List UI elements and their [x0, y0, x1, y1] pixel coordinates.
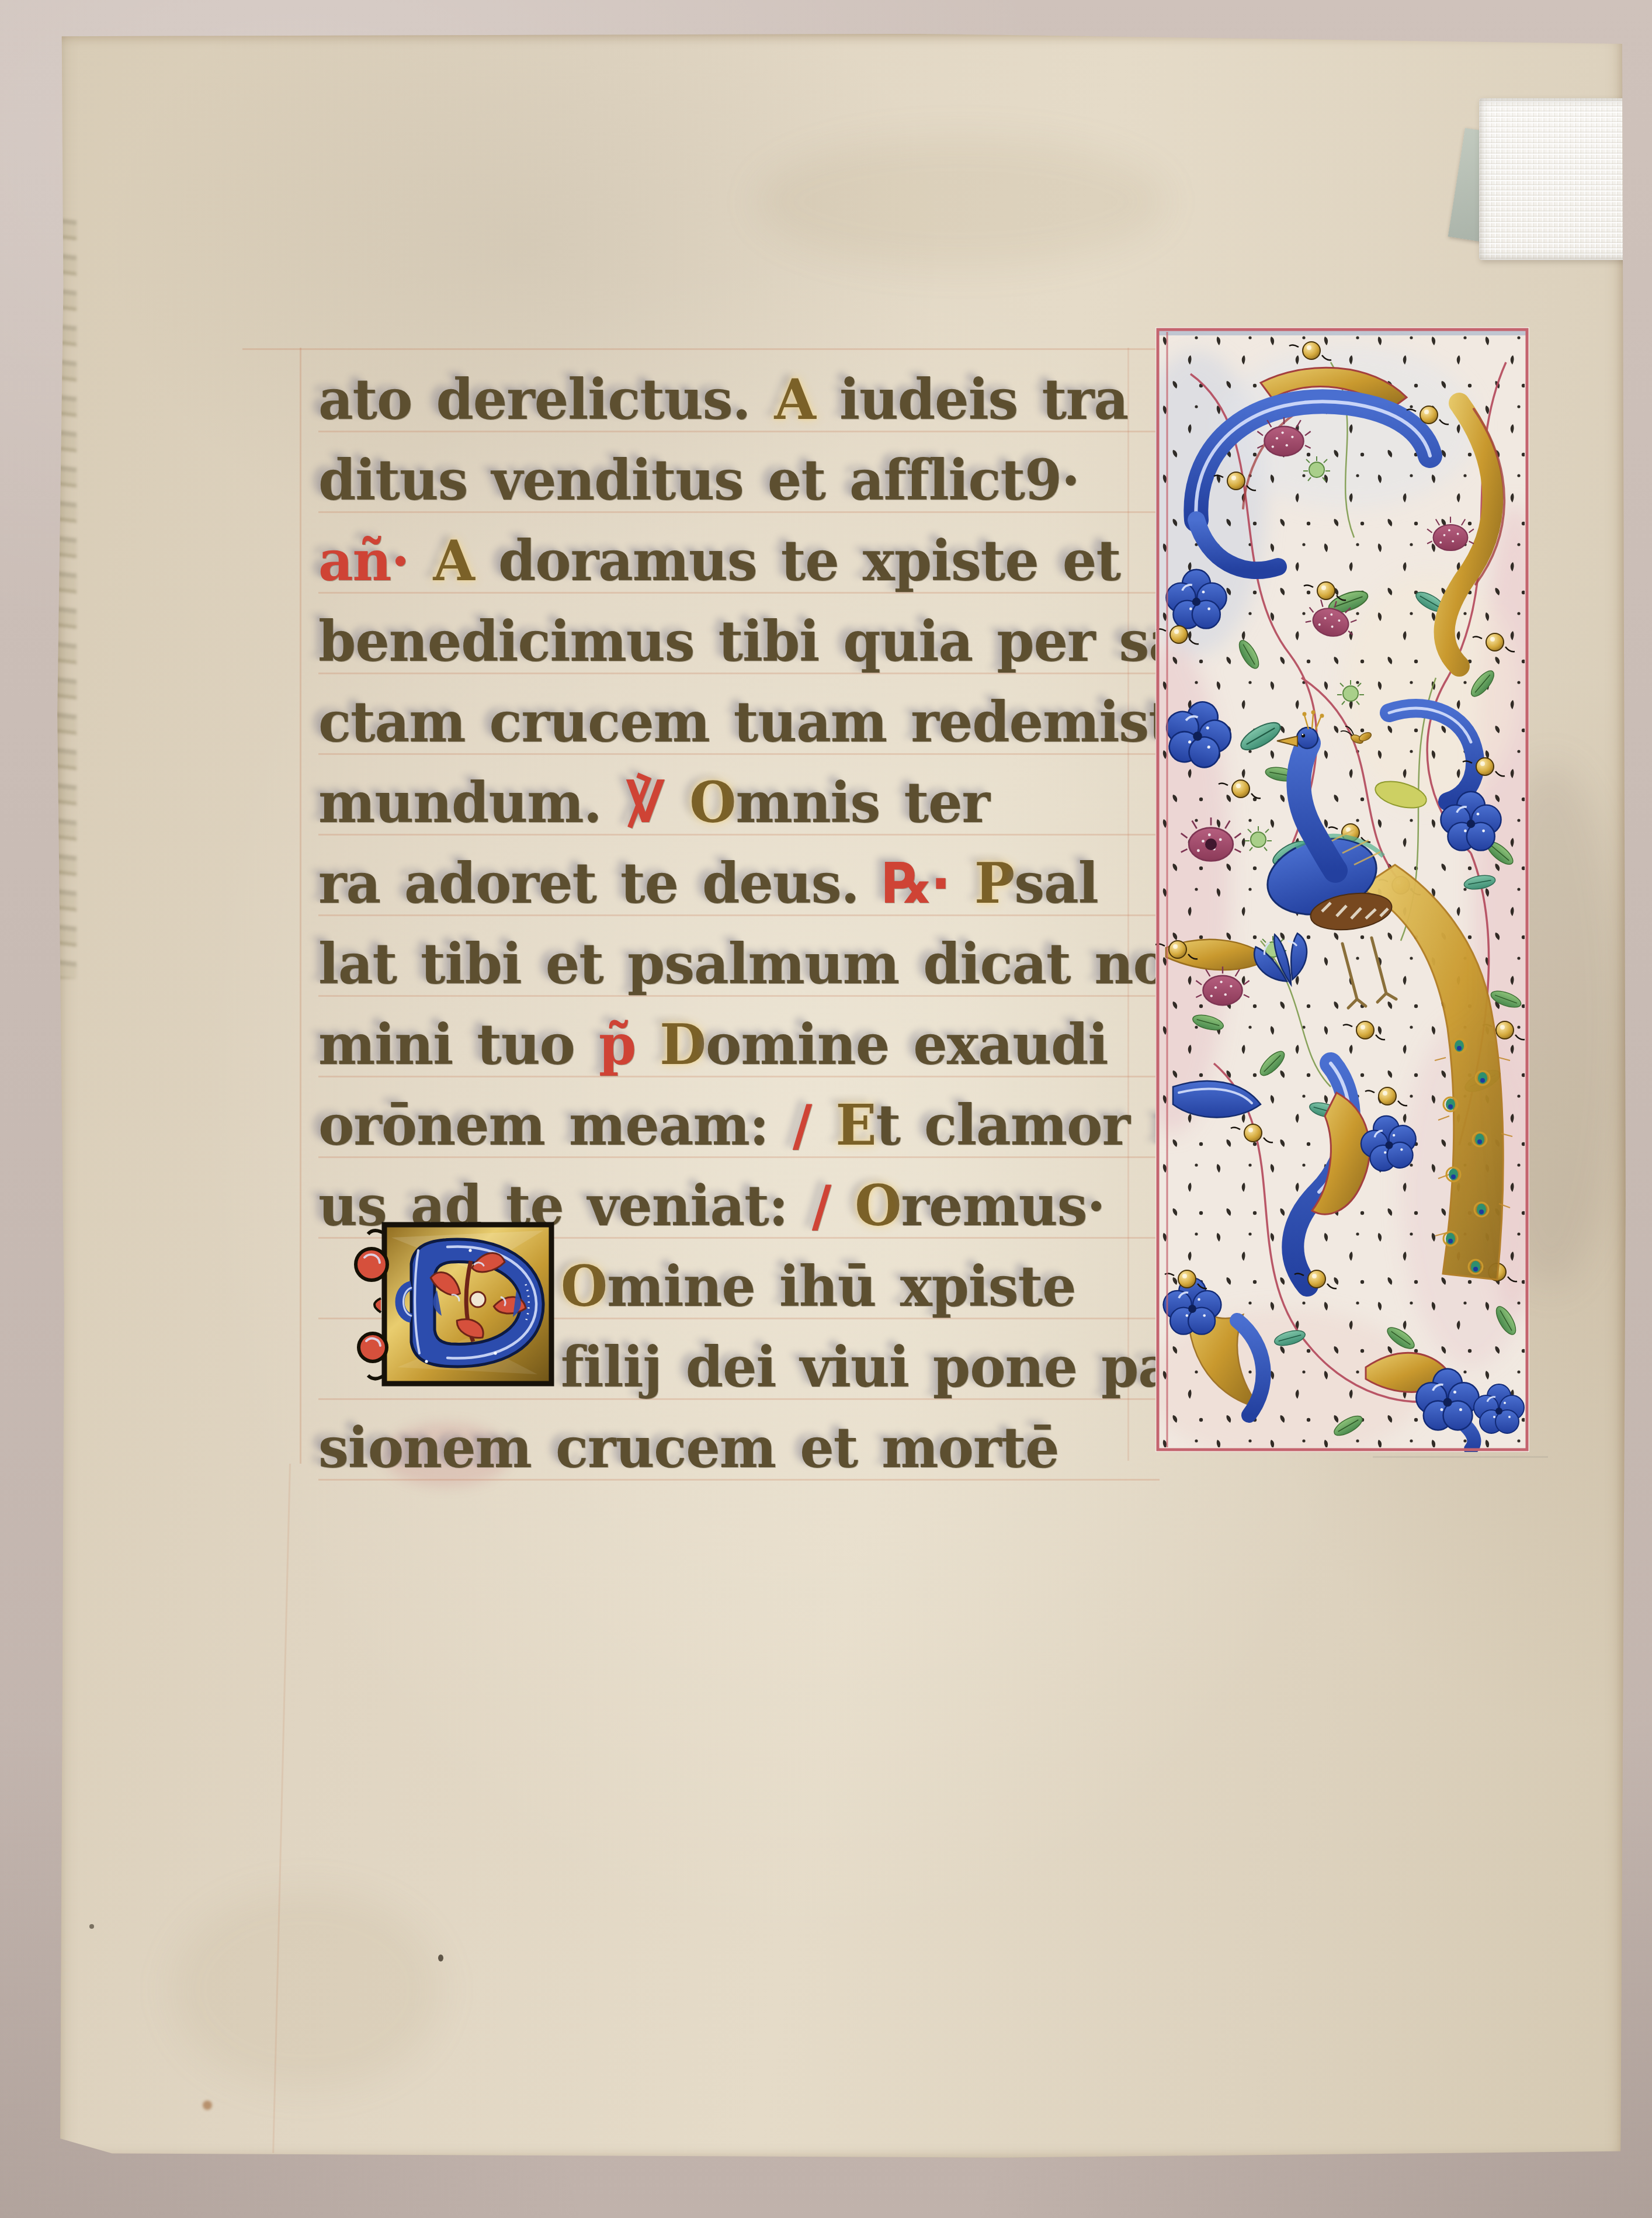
text-segment-gilt: O — [689, 770, 735, 835]
red-leaf-ornament — [374, 1298, 381, 1312]
pencil-line — [1373, 1456, 1548, 1458]
photograph-backdrop: ato derelictus. A iudeis traditus vendit… — [0, 0, 1652, 2218]
stain — [756, 137, 1165, 266]
text-segment-gilt: E — [835, 1092, 876, 1157]
text-line: ato derelictus. A iudeis tra — [318, 359, 1160, 443]
text-segment-ink: doramus te xpiste et — [474, 528, 1120, 593]
white-dot — [468, 1249, 471, 1252]
text-segment-gilt: P — [974, 850, 1014, 916]
edge-grime — [48, 207, 77, 979]
white-dot — [494, 1351, 497, 1354]
illuminated-border-panel — [1155, 327, 1529, 1452]
text-line: mini tuo p̃ Domine exaudi — [318, 1004, 1160, 1089]
text-segment-ink: ra adoret te deus. — [318, 850, 883, 916]
ruling-line — [242, 348, 1160, 350]
text-segment-gilt: D — [660, 1011, 706, 1077]
text-segment-ink: mundum. — [318, 770, 626, 835]
text-line: orōnem meam: / Et clamor me — [318, 1085, 1160, 1169]
text-segment-red: p̃ — [599, 1011, 660, 1077]
white-dot — [425, 1360, 428, 1363]
text-segment-gilt: A — [433, 528, 474, 593]
foliage-knot — [470, 1292, 485, 1307]
text-segment-ink: mnis ter — [735, 770, 990, 835]
text-line: ctam crucem tuam redemisti — [318, 682, 1160, 766]
illuminated-initial-D: D — [350, 1221, 555, 1388]
text-segment-ink: ditus venditus et afflict9· — [318, 447, 1080, 512]
text-segment-ink: remus· — [901, 1173, 1105, 1238]
text-segment-ink: ato derelictus. — [318, 366, 775, 432]
text-segment-ink: omine exaudi — [706, 1011, 1108, 1077]
text-line: lat tibi et psalmum dicat no — [318, 924, 1160, 1008]
text-segment-sym: ℞· — [883, 851, 974, 916]
text-line: ra adoret te deus. ℞· Psal — [318, 843, 1160, 927]
fabric-tape — [1479, 98, 1630, 260]
text-segment-gilt: O — [561, 1253, 607, 1319]
text-segment-ink: iudeis tra — [815, 366, 1128, 432]
ink-speck — [438, 1954, 443, 1961]
text-segment-red: añ· — [318, 528, 433, 593]
ink-speck — [89, 1924, 94, 1929]
text-line: añ· A doramus te xpiste et — [318, 521, 1160, 605]
binding-stub — [8, 146, 47, 883]
manuscript-leaf: ato derelictus. A iudeis traditus vendit… — [55, 32, 1627, 2162]
red-berry-ornament — [356, 1249, 387, 1280]
ruling-line — [300, 348, 301, 1464]
text-segment-ink: benedicimus tibi quia per sa — [318, 608, 1183, 674]
text-segment-gilt: A — [775, 366, 815, 432]
text-line: ditus venditus et afflict9· — [318, 440, 1160, 524]
text-segment-gilt: O — [855, 1173, 901, 1238]
text-segment-ink: ctam crucem tuam redemisti — [318, 689, 1193, 754]
text-line: sionem crucem et mortē — [318, 1408, 1160, 1492]
text-segment-ink: sionem crucem et mortē — [318, 1415, 1058, 1480]
text-segment-ink: filij dei viui pone pas — [561, 1334, 1202, 1399]
peacock-head — [1297, 727, 1318, 748]
text-segment-ink: mine ihū xpiste — [607, 1253, 1075, 1319]
text-segment-ink: mini tuo — [318, 1011, 599, 1077]
eye-glint — [1302, 734, 1304, 736]
text-segment-red: / — [812, 1173, 855, 1238]
text-segment-ink: lat tibi et psalmum dicat no — [318, 931, 1168, 996]
text-segment-ink: orōnem meam: — [318, 1092, 793, 1157]
binding-thread — [11, 546, 37, 874]
text-line: mundum. ℣ Omnis ter — [318, 763, 1160, 847]
ruling-line — [272, 1464, 291, 2153]
text-segment-red: / — [793, 1092, 836, 1157]
border-artwork — [1155, 327, 1529, 1452]
text-line: benedicimus tibi quia per sa — [318, 601, 1160, 685]
initial-artwork — [350, 1221, 555, 1388]
thistle-center — [1205, 838, 1217, 850]
text-segment-sym: ℣ — [626, 771, 689, 836]
rust-spot — [203, 2101, 212, 2110]
text-segment-ink: sal — [1014, 850, 1098, 916]
stain — [172, 1890, 441, 2089]
